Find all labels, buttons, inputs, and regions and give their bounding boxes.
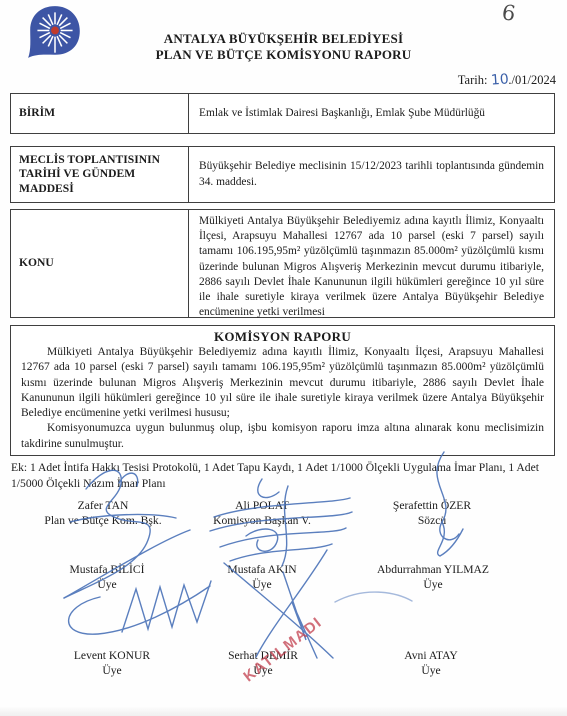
signatory-avni-atay: Avni ATAY Üye [404, 648, 458, 678]
handwritten-date-day: 10 [490, 71, 509, 88]
signatory-name: Mustafa AKIN [227, 563, 296, 576]
signatory-abdurrahman-yilmaz: Abdurrahman YILMAZ Üye [377, 562, 489, 592]
signatory-zafer-tan: Zafer TAN Plan ve Bütçe Kom. Bşk. [44, 498, 161, 528]
signatory-name: Levent KONUR [74, 649, 150, 662]
table-row-konu: KONU Mülkiyeti Antalya Büyükşehir Beledi… [10, 209, 555, 318]
signatory-name: Abdurrahman YILMAZ [377, 563, 489, 576]
handwritten-page-number: 6 [500, 0, 517, 26]
title-line-1: ANTALYA BÜYÜKŞEHİR BELEDİYESİ [0, 31, 567, 47]
signatory-levent-konur: Levent KONUR Üye [74, 648, 150, 678]
signatory-role: Üye [404, 663, 458, 678]
title-line-2: PLAN VE BÜTÇE KOMİSYONU RAPORU [0, 47, 567, 63]
date-line: Tarih: 10./01/2024 [458, 72, 556, 88]
row-value: Emlak ve İstimlak Dairesi Başkanlığı, Em… [189, 94, 554, 133]
date-label: Tarih: [458, 73, 488, 87]
row-label: KONU [11, 210, 189, 317]
signatory-role: Üye [227, 577, 296, 592]
date-printed: ./01/2024 [508, 73, 556, 87]
signatory-role: Plan ve Bütçe Kom. Bşk. [44, 513, 161, 528]
signatory-ali-polat: Ali POLAT Komisyon Başkan V. [213, 498, 311, 528]
signatory-role: Üye [377, 577, 489, 592]
signatory-name: Mustafa BİLİCİ [69, 563, 144, 576]
signatory-serafettin-ozer: Şerafettin ÖZER Sözcü [393, 498, 471, 528]
table-row-birim: BİRİM Emlak ve İstimlak Dairesi Başkanlı… [10, 93, 555, 134]
signatory-name: Zafer TAN [78, 499, 129, 512]
signatory-name: Avni ATAY [404, 649, 458, 662]
table-row-meclis: MECLİS TOPLANTISININ TARİHİ VE GÜNDEM MA… [10, 146, 555, 203]
commission-report-box: KOMİSYON RAPORU Mülkiyeti Antalya Büyükş… [10, 325, 555, 456]
commission-paragraph-2: Komisyonumuzca uygun bulunmuş olup, işbu… [21, 421, 544, 452]
commission-paragraph-1: Mülkiyeti Antalya Büyükşehir Belediyemiz… [21, 345, 544, 421]
signatory-name: Ali POLAT [235, 499, 289, 512]
row-label: MECLİS TOPLANTISININ TARİHİ VE GÜNDEM MA… [11, 147, 189, 202]
document-page: 6 ANTALYA BÜYÜKŞEHİR BELEDİYESİ PLAN VE … [0, 0, 567, 716]
document-title: ANTALYA BÜYÜKŞEHİR BELEDİYESİ PLAN VE BÜ… [0, 31, 567, 63]
signatory-role: Komisyon Başkan V. [213, 513, 311, 528]
signatory-role: Üye [74, 663, 150, 678]
signatory-name: Şerafettin ÖZER [393, 499, 471, 512]
signatory-role: Sözcü [393, 513, 471, 528]
commission-report-title: KOMİSYON RAPORU [21, 329, 544, 345]
row-value: Mülkiyeti Antalya Büyükşehir Belediyemiz… [189, 210, 554, 317]
signatory-role: Üye [69, 577, 144, 592]
signatory-mustafa-bilici: Mustafa BİLİCİ Üye [69, 562, 144, 592]
row-value: Büyükşehir Belediye meclisinin 15/12/202… [189, 147, 554, 202]
attachments-note: Ek: 1 Adet İntifa Hakkı Tesisi Protokolü… [11, 460, 557, 491]
signatory-mustafa-akin: Mustafa AKIN Üye [227, 562, 296, 592]
row-label: BİRİM [11, 94, 189, 133]
